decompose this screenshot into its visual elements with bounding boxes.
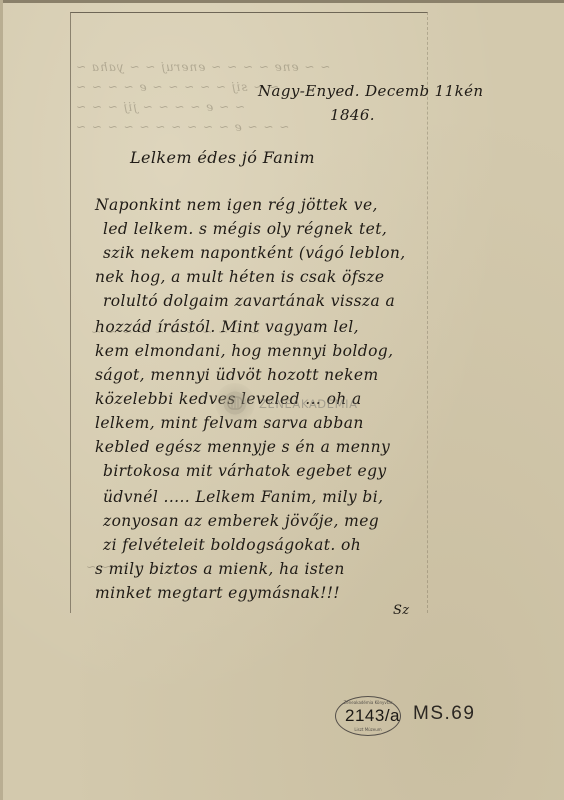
manuscript-page: ~ ~ ene ~ ~ ~ ~ eneruj ~ ~ yaha ~ ~ ~ si… [0, 0, 564, 800]
bleed-through-text: ~ ~ ene ~ ~ ~ ~ eneruj ~ ~ yaha ~ [75, 60, 330, 74]
letter-line: zonyosan az emberek jövője, meg [103, 512, 379, 530]
signature: Sz [393, 603, 410, 618]
letter-line: s mily biztos a mienk, ha isten [95, 560, 345, 578]
letter-line: ságot, mennyi üdvöt hozott nekem [95, 366, 379, 384]
zeneakademia-watermark: ZENEAKADÉMIA [215, 383, 358, 423]
library-stamp: Zeneakadémia Könyvtár 2143/a Liszt Múzeu… [335, 696, 401, 736]
letter-line: Naponkint nem igen rég jöttek ve, [95, 196, 378, 214]
harp-emblem-icon [215, 383, 255, 423]
shelfmark: MS.69 [413, 703, 475, 725]
bleed-through-text: ~ ~ sij ~ ~ ~ ~ ~ e ~ ~ ~ ~ [75, 80, 279, 94]
letter-line: szik nekem napontként (vágó leblon, [103, 244, 406, 262]
letter-line: nek hog, a mult héten is csak öfsze [95, 268, 384, 286]
letter-line: kem elmondani, hog mennyi boldog, [95, 342, 393, 360]
letter-line: led lelkem. s mégis oly régnek tet, [103, 220, 387, 238]
place-date-line: Nagy-Enyed. Decemb 11kén [258, 82, 483, 100]
stamp-top-text: Zeneakadémia Könyvtár [336, 700, 400, 705]
letter-line: rolultó dolgaim zavartának vissza a [103, 292, 395, 310]
page-left-edge [0, 0, 3, 800]
stamp-bottom-text: Liszt Múzeum [336, 727, 400, 732]
letter-line: kebled egész mennyje s én a menny [95, 438, 390, 456]
letter-line: üdvnél ..... Lelkem Fanim, mily bi, [103, 488, 383, 506]
bleed-through-text: ~ ~ ~ e ~ ~ ~ ~ ~ ~ ~ ~ ~ ~ [75, 120, 289, 134]
bleed-through-text: ~ ~ e ~ ~ ~ ~ jij ~ ~ ~ [75, 100, 245, 114]
letter-line: birtokosa mit várhatok egebet egy [103, 462, 387, 480]
page-top-edge [0, 0, 564, 3]
letter-line: minket megtart egymásnak!!! [95, 584, 340, 602]
letter-line: hozzád írástól. Mint vagyam lel, [95, 318, 359, 336]
year-line: 1846. [330, 106, 375, 124]
letter-line: zi felvételeit boldogságokat. oh [103, 536, 361, 554]
watermark-text: ZENEAKADÉMIA [259, 397, 358, 411]
salutation: Lelkem édes jó Fanim [130, 148, 315, 167]
stamp-inventory-number: 2143/a [345, 706, 400, 726]
